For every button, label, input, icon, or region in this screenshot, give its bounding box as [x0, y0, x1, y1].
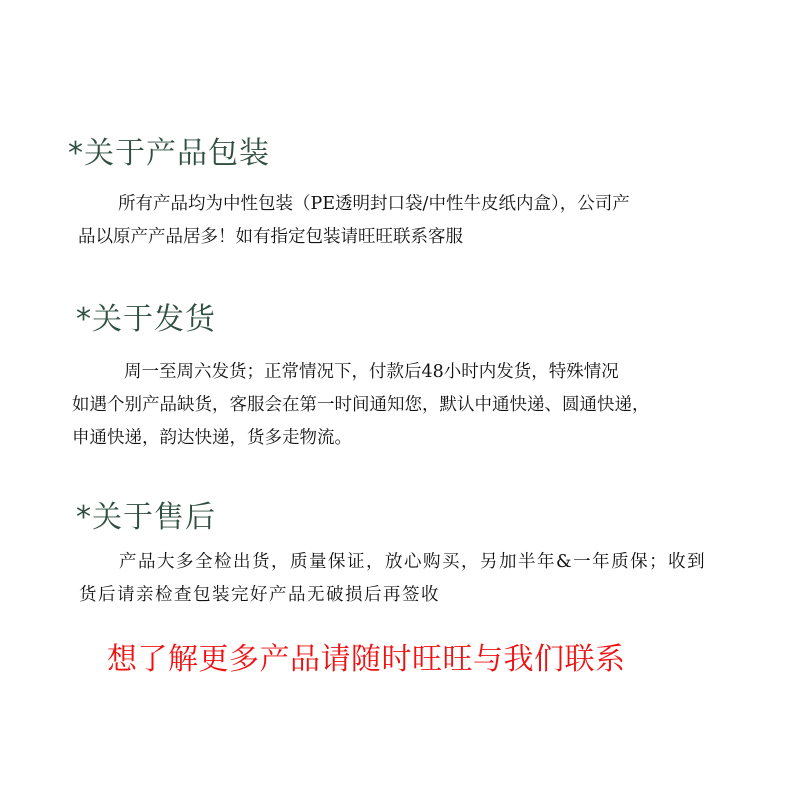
contact-call-to-action: 想了解更多产品请随时旺旺与我们联系 [107, 640, 626, 680]
paragraph-packaging: 所有产品均为中性包装（PE透明封口袋/中性牛皮纸内盒），公司产 品以原产产品居多… [78, 188, 630, 254]
heading-after-sales: *关于售后 [76, 500, 216, 536]
paragraph-after-sales: 产品大多全检出货，质量保证，放心购买，另加半年&一年质保；收到 货后请亲检查包装… [79, 546, 706, 612]
paragraph-line: 申通快递，韵达快递，货多走物流。 [72, 422, 650, 455]
paragraph-line: 货后请亲检查包装完好产品无破损后再签收 [79, 579, 706, 612]
paragraph-line: 如遇个别产品缺货，客服会在第一时间通知您，默认中通快递、圆通快递， [72, 389, 650, 422]
paragraph-line: 所有产品均为中性包装（PE透明封口袋/中性牛皮纸内盒），公司产 [78, 188, 630, 221]
paragraph-line: 周一至周六发货；正常情况下，付款后48小时内发货，特殊情况 [72, 356, 650, 389]
heading-packaging: *关于产品包装 [68, 136, 270, 172]
paragraph-line: 产品大多全检出货，质量保证，放心购买，另加半年&一年质保；收到 [79, 546, 706, 579]
paragraph-line: 品以原产产品居多！如有指定包装请旺旺联系客服 [78, 221, 630, 254]
paragraph-shipping: 周一至周六发货；正常情况下，付款后48小时内发货，特殊情况 如遇个别产品缺货，客… [72, 356, 650, 455]
heading-shipping: *关于发货 [76, 302, 216, 338]
